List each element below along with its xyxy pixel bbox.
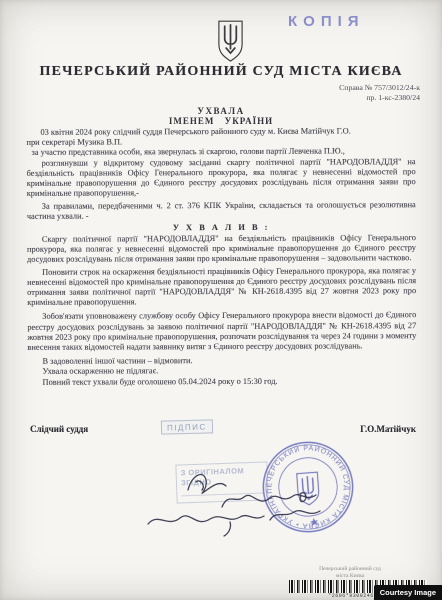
judge-name: Г.О.Матійчук bbox=[360, 424, 416, 434]
intro-paragraph-complaint: розглянувши у відкритому судовому засіда… bbox=[27, 157, 416, 200]
intro-paragraph-rules: За правилами, передбаченими ч. 2 ст. 376… bbox=[27, 200, 416, 222]
courtesy-image-badge: Courtesy Image bbox=[374, 585, 442, 600]
signature-placeholder-stamp: ПІДПИС bbox=[161, 419, 213, 434]
resolution-paragraph: Скаргу політичної партії "НАРОДОВЛАДДЯ" … bbox=[27, 233, 416, 265]
resolution-paragraph: Поновити строк на оскарження бездіяльнос… bbox=[27, 266, 416, 309]
judge-title-label: Слідчий суддя bbox=[30, 424, 88, 434]
resolution-paragraph: Зобов'язати уповноважену службову особу … bbox=[27, 311, 416, 354]
case-reference-block: Справа № 757/3012/24-к пр. 1-кс-2380/24 bbox=[339, 83, 420, 103]
proceeding-number: пр. 1-кс-2380/24 bbox=[339, 93, 420, 103]
ukraine-trident-icon bbox=[216, 19, 245, 64]
copy-stamp: КОПІЯ bbox=[288, 13, 365, 30]
court-ruling-document: КОПІЯ ПЕЧЕРСЬКИЙ РАЙОННИЙ СУД МІСТА КИЄВ… bbox=[0, 0, 442, 600]
case-number: Справа № 757/3012/24-к bbox=[339, 83, 420, 93]
footer-court-line2: міста Києва bbox=[300, 573, 400, 580]
court-name-title: ПЕЧЕРСЬКИЙ РАЙОННИЙ СУД МІСТА КИЄВА bbox=[0, 64, 442, 80]
footer-court-name: Печерський районний суд міста Києва bbox=[300, 566, 400, 579]
resolution-paragraph-full-text-date: Повний текст ухвали буде оголошено 05.04… bbox=[28, 376, 417, 388]
handwritten-signature bbox=[130, 452, 370, 544]
ruling-body-text: 03 квітня 2024 року слідчий суддя Печерс… bbox=[26, 126, 416, 388]
document-subtitle: ІМЕНЕМ УКРАЇНИ bbox=[0, 116, 442, 126]
document-title: УХВАЛА bbox=[0, 106, 442, 116]
